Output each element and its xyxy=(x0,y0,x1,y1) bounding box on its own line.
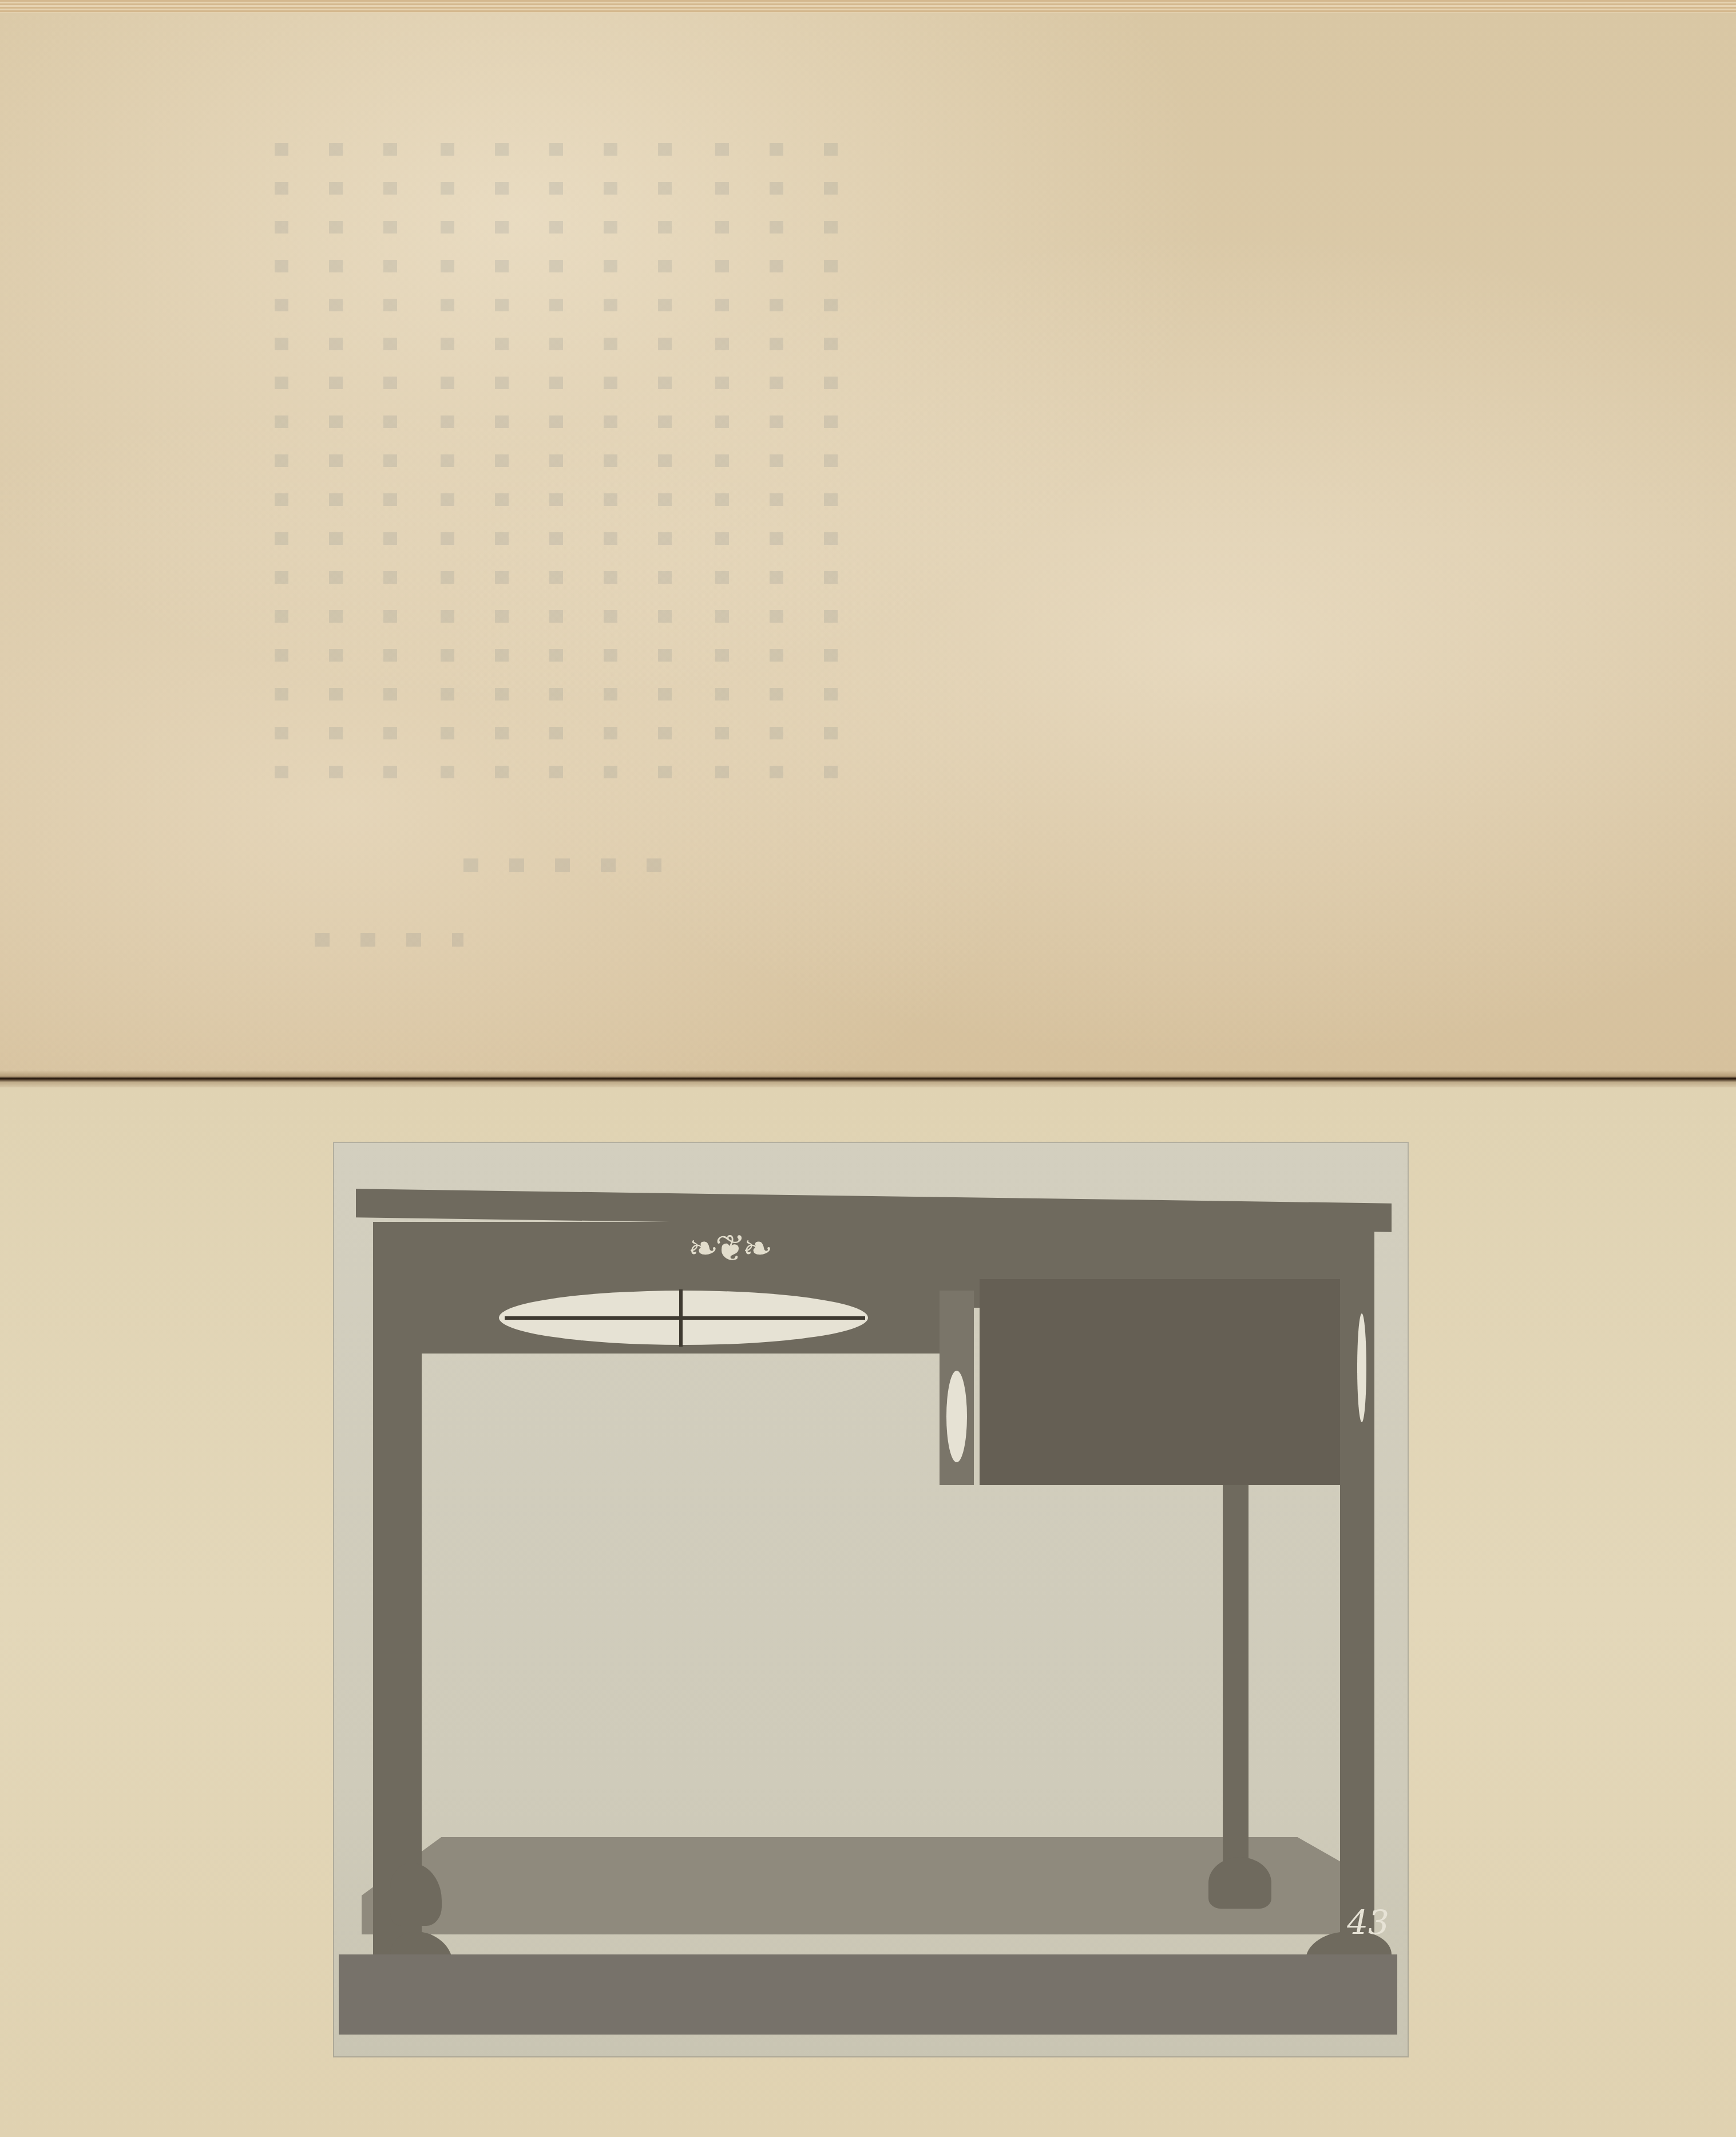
plate-border xyxy=(333,1142,1409,2057)
page-stack-edge xyxy=(0,0,1736,13)
book-gutter xyxy=(0,1070,1736,1087)
show-through-text xyxy=(275,143,990,830)
upper-page xyxy=(0,0,1736,1079)
